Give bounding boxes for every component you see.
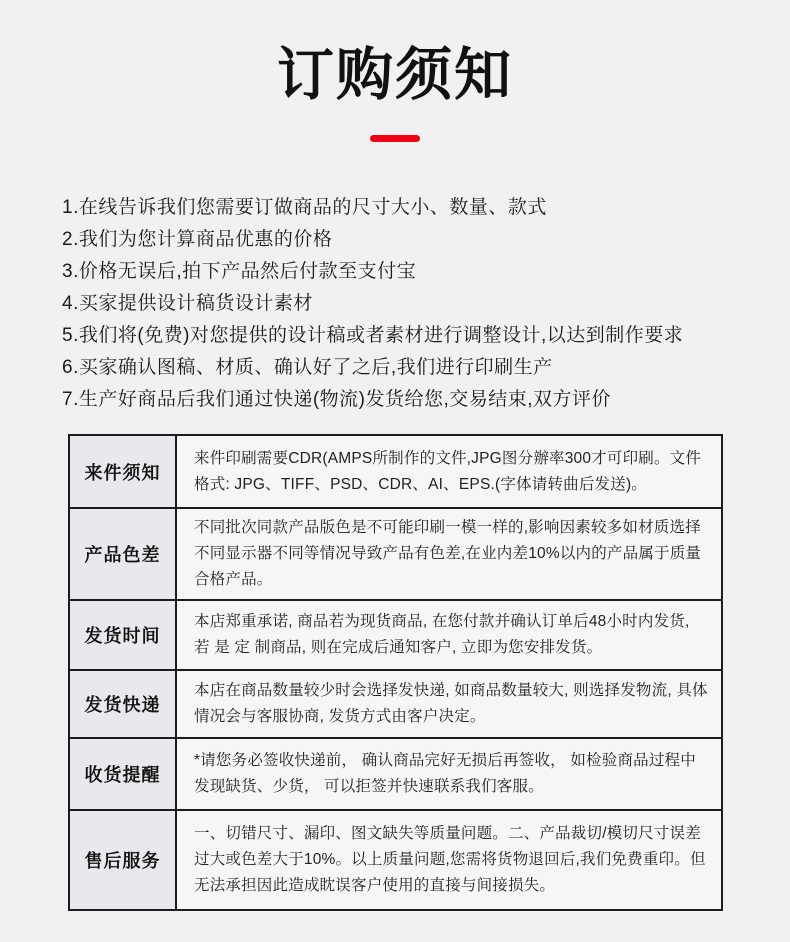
intro-item-6: 6.买家确认图稿、材质、确认好了之后,我们进行印刷生产 (62, 352, 750, 384)
table-row-receiving-reminder: 收货提醒 *请您务必签收快递前， 确认商品完好无损后再签收， 如检验商品过程中发… (69, 738, 722, 810)
intro-item-3: 3.价格无误后,拍下产品然后付款至支付宝 (62, 256, 750, 288)
table-row-after-sales-service: 售后服务 一、切错尺寸、漏印、图文缺失等质量问题。二、产品裁切/模切尺寸误差过大… (69, 810, 722, 910)
intro-item-1: 1.在线告诉我们您需要订做商品的尺寸大小、数量、款式 (62, 192, 750, 224)
row-content: *请您务必签收快递前， 确认商品完好无损后再签收， 如检验商品过程中发现缺货、少… (176, 738, 722, 810)
title-underline-divider (370, 135, 420, 142)
table-row-incoming-file-notice: 来件须知 来件印刷需要CDR(AMPS所制作的文件,JPG图分辦率300才可印刷… (69, 435, 722, 508)
row-content: 来件印刷需要CDR(AMPS所制作的文件,JPG图分辦率300才可印刷。文件格式… (176, 435, 722, 508)
row-label: 发货快递 (69, 670, 176, 738)
table-row-shipping-time: 发货时间 本店郑重承诺, 商品若为现货商品, 在您付款并确认订单后48小时内发货… (69, 600, 722, 670)
intro-item-5: 5.我们将(免费)对您提供的设计稿或者素材进行调整设计,以达到制作要求 (62, 320, 750, 352)
order-notice-page: 订购须知 1.在线告诉我们您需要订做商品的尺寸大小、数量、款式 2.我们为您计算… (0, 0, 790, 942)
row-label: 发货时间 (69, 600, 176, 670)
row-label: 收货提醒 (69, 738, 176, 810)
page-title: 订购须知 (0, 0, 790, 106)
row-label: 售后服务 (69, 810, 176, 910)
row-label: 来件须知 (69, 435, 176, 508)
table-row-shipping-courier: 发货快递 本店在商品数量较少时会选择发快递, 如商品数量较大, 则选择发物流, … (69, 670, 722, 738)
intro-list: 1.在线告诉我们您需要订做商品的尺寸大小、数量、款式 2.我们为您计算商品优惠的… (62, 192, 750, 416)
row-content: 一、切错尺寸、漏印、图文缺失等质量问题。二、产品裁切/模切尺寸误差过大或色差大于… (176, 810, 722, 910)
row-content: 本店在商品数量较少时会选择发快递, 如商品数量较大, 则选择发物流, 具体情况会… (176, 670, 722, 738)
intro-item-7: 7.生产好商品后我们通过快递(物流)发货给您,交易结束,双方评价 (62, 384, 750, 416)
row-content: 本店郑重承诺, 商品若为现货商品, 在您付款并确认订单后48小时内发货, 若 是… (176, 600, 722, 670)
table-row-color-difference: 产品色差 不同批次同款产品版色是不可能印刷一模一样的,影响因素较多如材质选择不同… (69, 508, 722, 600)
row-label: 产品色差 (69, 508, 176, 600)
intro-item-2: 2.我们为您计算商品优惠的价格 (62, 224, 750, 256)
row-content: 不同批次同款产品版色是不可能印刷一模一样的,影响因素较多如材质选择不同显示器不同… (176, 508, 722, 600)
intro-item-4: 4.买家提供设计稿货设计素材 (62, 288, 750, 320)
notice-table: 来件须知 来件印刷需要CDR(AMPS所制作的文件,JPG图分辦率300才可印刷… (68, 434, 723, 911)
